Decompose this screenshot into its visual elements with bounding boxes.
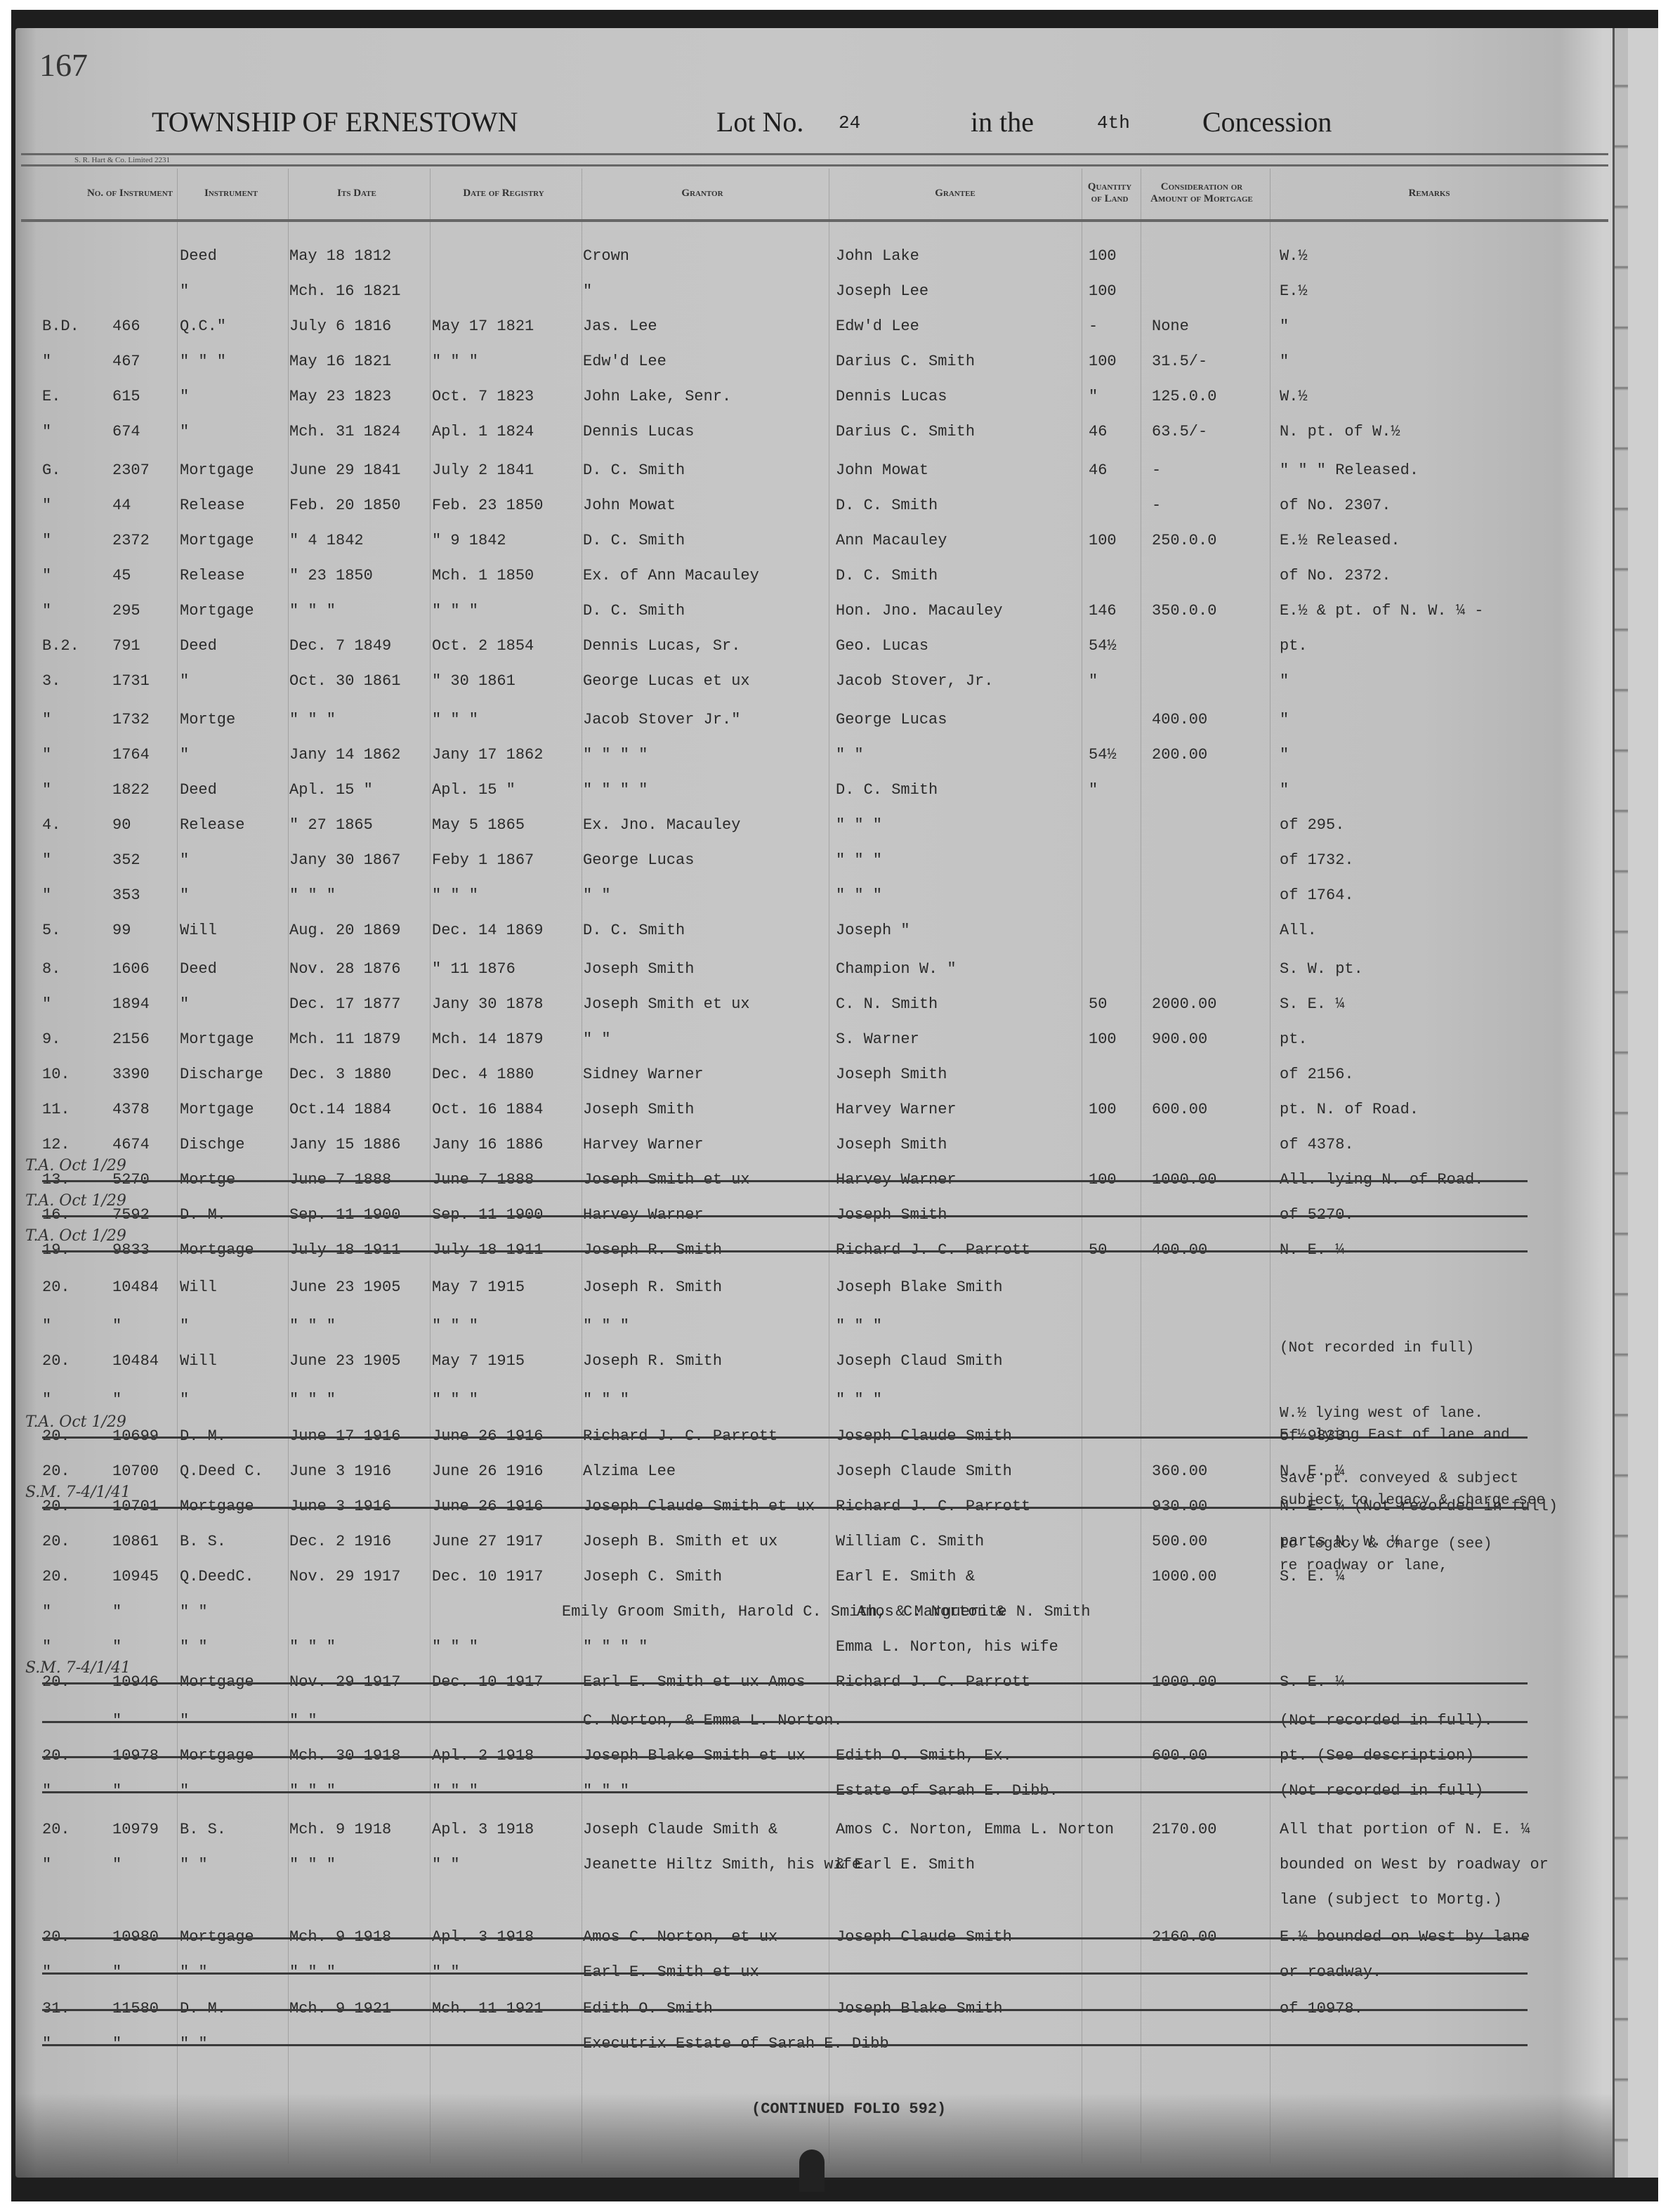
- cell-instrument-number: 1606: [112, 960, 150, 979]
- cell-grantee: Joseph Blake Smith: [836, 2000, 1003, 2018]
- cell-book: ": [42, 602, 51, 620]
- cell-its-date: May 23 1823: [289, 388, 391, 406]
- cell-date-of-registry: " " ": [432, 886, 478, 905]
- cell-date-of-registry: June 26 1916: [432, 1462, 543, 1481]
- cell-grantor: Harvey Warner: [583, 1136, 704, 1154]
- cell-remarks: bounded on West by roadway or: [1280, 1856, 1549, 1874]
- table-row: 20.10978MortgageMch. 30 1918Apl. 2 1918J…: [0, 1747, 1668, 1765]
- cell-remarks: (Not recorded in full): [1280, 1782, 1483, 1800]
- cell-grantee: Harvey Warner: [836, 1171, 957, 1189]
- cell-instrument-type: Mortge: [180, 1171, 235, 1189]
- cell-book: 31.: [42, 2000, 70, 2018]
- cell-instrument-type: Q.DeedC.: [180, 1568, 254, 1586]
- cell-book: 10.: [42, 1066, 70, 1084]
- cell-grantor: Earl E. Smith et ux: [583, 1963, 759, 1982]
- remark-line: subject to legacy & charge see: [1280, 1490, 1545, 1512]
- cell-its-date: Mch. 9 1918: [289, 1928, 391, 1946]
- cell-grantor: Earl E. Smith et ux Amos: [583, 1673, 806, 1691]
- cell-its-date: May 18 1812: [289, 247, 391, 266]
- cell-grantee: John Lake: [836, 247, 919, 266]
- cell-instrument-number: 44: [112, 497, 131, 515]
- cell-instrument-type: ": [180, 282, 189, 301]
- cell-grantor: Amos C. Norton, et ux: [583, 1928, 777, 1946]
- cell-grantee: Geo. Lucas: [836, 637, 928, 655]
- cell-its-date: Nov. 29 1917: [289, 1673, 400, 1691]
- cell-grantor: Joseph B. Smith et ux: [583, 1533, 777, 1551]
- cell-date-of-registry: Dec. 14 1869: [432, 922, 543, 940]
- cell-book: 20.: [42, 1928, 70, 1946]
- cell-consideration: 1000.00: [1152, 1568, 1216, 1586]
- cell-instrument-number: ": [112, 1782, 122, 1800]
- cell-instrument-number: 674: [112, 423, 140, 441]
- cell-date-of-registry: May 5 1865: [432, 816, 525, 835]
- cell-grantee: Edith O. Smith, Ex.: [836, 1747, 1012, 1765]
- cell-instrument-type: D. M.: [180, 2000, 226, 2018]
- cell-grantee: D. C. Smith: [836, 497, 938, 515]
- table-row: """ "" " "" " "" " " "Emma L. Norton, hi…: [0, 1638, 1668, 1656]
- cell-quantity: 46: [1089, 462, 1107, 480]
- cell-date-of-registry: Apl. 2 1918: [432, 1747, 534, 1765]
- cell-instrument-type: Mortgage: [180, 1030, 254, 1049]
- table-row: "44ReleaseFeb. 20 1850Feb. 23 1850John M…: [0, 497, 1668, 515]
- cell-instrument-number: 4674: [112, 1136, 150, 1154]
- cell-book: 8.: [42, 960, 60, 979]
- cell-book: B.D.: [42, 318, 79, 336]
- cell-grantee: Ann Macauley: [836, 532, 947, 550]
- cell-grantee: Joseph Blake Smith: [836, 1278, 1003, 1297]
- cell-its-date: July 18 1911: [289, 1241, 400, 1259]
- cell-grantee: Darius C. Smith: [836, 423, 975, 441]
- table-row: 4.90Release" 27 1865May 5 1865Ex. Jno. M…: [0, 816, 1668, 835]
- cell-grantee: Hon. Jno. Macauley: [836, 602, 1003, 620]
- header-rule-bottom: [21, 164, 1608, 166]
- cell-date-of-registry: Apl. 3 1918: [432, 1821, 534, 1839]
- cell-instrument-type: " ": [180, 1603, 208, 1621]
- concession-value: 4th: [1097, 112, 1130, 133]
- col-header-quantity-of-land: Quantity of Land: [1082, 169, 1138, 218]
- cell-instrument-type: ": [180, 388, 189, 406]
- cell-grantor: Joseph Smith et ux: [583, 995, 750, 1014]
- cell-its-date: June 3 1916: [289, 1462, 391, 1481]
- cell-book: ": [42, 886, 51, 905]
- cell-grantee: & Earl E. Smith: [836, 1856, 975, 1874]
- cell-remarks: ": [1280, 711, 1289, 729]
- cell-grantor: " ": [583, 886, 611, 905]
- cell-book: 20.: [42, 1568, 70, 1586]
- cell-its-date: " " ": [289, 886, 336, 905]
- cell-instrument-type: ": [180, 995, 189, 1014]
- cell-its-date: " " ": [289, 602, 336, 620]
- table-row: """ "Emily Groom Smith, Harold C. Smith,…: [0, 1603, 1668, 1621]
- cell-instrument-type: Deed: [180, 247, 217, 266]
- handwritten-margin-note: T.A. Oct 1/29: [25, 1227, 126, 1245]
- cell-remarks: of No. 2307.: [1280, 497, 1391, 515]
- cell-instrument-number: 466: [112, 318, 140, 336]
- cell-date-of-registry: May 17 1821: [432, 318, 534, 336]
- cell-its-date: June 29 1841: [289, 462, 400, 480]
- cell-quantity: 100: [1089, 1030, 1117, 1049]
- cell-grantor: Joseph C. Smith: [583, 1568, 722, 1586]
- cell-consideration: 200.00: [1152, 746, 1207, 764]
- table-row: "2372Mortgage" 4 1842" 9 1842D. C. Smith…: [0, 532, 1668, 550]
- cell-consideration: 1000.00: [1152, 1673, 1216, 1691]
- cell-quantity: 100: [1089, 1171, 1117, 1189]
- cell-quantity: 100: [1089, 282, 1117, 301]
- cell-grantee: Richard J. C. Parrott: [836, 1673, 1030, 1691]
- cell-instrument-type: B. S.: [180, 1821, 226, 1839]
- cell-consideration: 600.00: [1152, 1101, 1207, 1119]
- cell-its-date: " 23 1850: [289, 567, 373, 585]
- cell-remarks: of 10978.: [1280, 2000, 1363, 2018]
- table-row: "1894"Dec. 17 1877Jany 30 1878Joseph Smi…: [0, 995, 1668, 1014]
- cell-instrument-number: 1731: [112, 672, 150, 691]
- cell-consideration: None: [1152, 318, 1189, 336]
- col-header-its-date: Its Date: [287, 169, 427, 218]
- remark-line: E.½ lying East of lane and: [1280, 1425, 1545, 1446]
- cell-book: ": [42, 1603, 51, 1621]
- cell-instrument-type: Mortgage: [180, 1498, 254, 1516]
- cell-date-of-registry: " " ": [432, 711, 478, 729]
- cell-book: B.2.: [42, 637, 79, 655]
- cell-instrument-type: Mortgage: [180, 1673, 254, 1691]
- cell-instrument-type: Q.C.": [180, 318, 226, 336]
- cell-remarks: ": [1280, 672, 1289, 691]
- cell-its-date: Mch. 16 1821: [289, 282, 400, 301]
- cell-remarks: E.½ & pt. of N. W. ¼ -: [1280, 602, 1483, 620]
- cell-book: ": [42, 423, 51, 441]
- cell-grantee: Edw'd Lee: [836, 318, 919, 336]
- cell-grantee: Amos C. Norton, Emma L. Norton: [836, 1821, 1114, 1839]
- cell-remarks: N. E. ¼: [1280, 1241, 1344, 1259]
- cell-date-of-registry: Dec. 10 1917: [432, 1568, 543, 1586]
- cell-quantity: 100: [1089, 247, 1117, 266]
- cell-date-of-registry: " 30 1861: [432, 672, 515, 691]
- cell-instrument-number: 10484: [112, 1278, 159, 1297]
- cell-book: 20.: [42, 1747, 70, 1765]
- cell-grantor: Executrix Estate of Sarah E. Dibb: [583, 2035, 889, 2053]
- cell-instrument-number: 45: [112, 567, 131, 585]
- cell-grantee: " " ": [836, 1391, 882, 1409]
- cell-book: ": [42, 1391, 51, 1409]
- cell-quantity: 100: [1089, 353, 1117, 371]
- will-remarks-block-2: E.½ lying East of lane and subject to le…: [1280, 1381, 1545, 1599]
- cell-grantor: " " ": [583, 1317, 629, 1335]
- cell-its-date: June 23 1905: [289, 1352, 400, 1370]
- cell-grantor: " ": [583, 1030, 611, 1049]
- cell-instrument-type: " " ": [180, 353, 226, 371]
- cell-its-date: Oct. 30 1861: [289, 672, 400, 691]
- cell-book: ": [42, 2035, 51, 2053]
- cell-remarks: All that portion of N. E. ¼: [1280, 1821, 1530, 1839]
- cell-grantor: " " ": [583, 1782, 629, 1800]
- binding-hole: [799, 2149, 825, 2192]
- cell-instrument-number: ": [112, 1391, 122, 1409]
- table-row: "1822DeedApl. 15 "Apl. 15 "" " " "D. C. …: [0, 781, 1668, 799]
- cell-grantor: Joseph Blake Smith et ux: [583, 1747, 806, 1765]
- col-header-consideration: Consideration or Amount of Mortgage: [1142, 169, 1261, 218]
- cell-instrument-type: Mortgage: [180, 1101, 254, 1119]
- cell-remarks: E.½ Released.: [1280, 532, 1400, 550]
- cell-consideration: 2170.00: [1152, 1821, 1216, 1839]
- cell-consideration: 1000.00: [1152, 1171, 1216, 1189]
- cell-quantity: 100: [1089, 1101, 1117, 1119]
- table-row: """ "" " "" "Jeanette Hiltz Smith, his w…: [0, 1856, 1668, 1874]
- cell-quantity: 50: [1089, 1241, 1107, 1259]
- cell-date-of-registry: " " ": [432, 1782, 478, 1800]
- cell-consideration: 930.00: [1152, 1498, 1207, 1516]
- handwritten-margin-note: S.M. 7-4/1/41: [25, 1659, 131, 1677]
- cell-its-date: Mch. 31 1824: [289, 423, 400, 441]
- cell-book: ": [42, 995, 51, 1014]
- cell-instrument-number: 10980: [112, 1928, 159, 1946]
- cell-its-date: Sep. 11 1900: [289, 1206, 400, 1224]
- cell-instrument-type: D. M.: [180, 1206, 226, 1224]
- cell-instrument-number: ": [112, 1317, 122, 1335]
- cell-consideration: 900.00: [1152, 1030, 1207, 1049]
- cell-date-of-registry: Apl. 3 1918: [432, 1928, 534, 1946]
- cell-book: ": [42, 851, 51, 870]
- cell-book: E.: [42, 388, 60, 406]
- cell-remarks: E.½: [1280, 282, 1308, 301]
- cell-instrument-number: 10861: [112, 1533, 159, 1551]
- cell-instrument-number: 10945: [112, 1568, 159, 1586]
- cell-instrument-number: 10484: [112, 1352, 159, 1370]
- table-row: """ "C. Norton, & Emma L. Norton.(Not re…: [0, 1712, 1668, 1730]
- table-row: 12.4674DischgeJany 15 1886Jany 16 1886Ha…: [0, 1136, 1668, 1154]
- continued-folio-note: (CONTINUED FOLIO 592): [751, 2100, 946, 2118]
- cell-book: ": [42, 353, 51, 371]
- cell-instrument-type: ": [180, 672, 189, 691]
- page-title-row: TOWNSHIP OF ERNESTOWN Lot No. 24 in the …: [0, 105, 1668, 148]
- cell-grantee: Joseph Claud Smith: [836, 1352, 1003, 1370]
- cell-grantee: Richard J. C. Parrott: [836, 1498, 1030, 1516]
- cell-grantor: D. C. Smith: [583, 922, 685, 940]
- table-row: G.2307MortgageJune 29 1841July 2 1841D. …: [0, 462, 1668, 480]
- cell-instrument-number: 1732: [112, 711, 150, 729]
- table-row: 20.10979B. S.Mch. 9 1918Apl. 3 1918Josep…: [0, 1821, 1668, 1839]
- cell-grantor: " " ": [583, 1391, 629, 1409]
- cell-date-of-registry: Jany 17 1862: [432, 746, 543, 764]
- cell-grantee: Joseph Lee: [836, 282, 928, 301]
- cell-grantor: Joseph R. Smith: [583, 1352, 722, 1370]
- table-row: 19.9833MortgageJuly 18 1911July 18 1911J…: [0, 1241, 1668, 1259]
- cell-instrument-type: Deed: [180, 781, 217, 799]
- cell-consideration: 360.00: [1152, 1462, 1207, 1481]
- cell-grantor: Ex. of Ann Macauley: [583, 567, 759, 585]
- cell-grantee: " ": [836, 746, 864, 764]
- cell-grantor: D. C. Smith: [583, 602, 685, 620]
- cell-date-of-registry: June 7 1888: [432, 1171, 534, 1189]
- cell-its-date: " " ": [289, 1856, 336, 1874]
- cell-remarks: N. pt. of W.½: [1280, 423, 1400, 441]
- cell-grantee: " " ": [836, 816, 882, 835]
- cell-remarks: pt.: [1280, 637, 1308, 655]
- cell-instrument-type: Will: [180, 1278, 217, 1297]
- cell-instrument-type: D. M.: [180, 1427, 226, 1446]
- table-row: B.D.466Q.C."July 6 1816May 17 1821Jas. L…: [0, 318, 1668, 336]
- cell-its-date: June 23 1905: [289, 1278, 400, 1297]
- cell-instrument-number: 1894: [112, 995, 150, 1014]
- cell-date-of-registry: July 18 1911: [432, 1241, 543, 1259]
- cell-consideration: 400.00: [1152, 711, 1207, 729]
- cell-instrument-type: Mortgage: [180, 1747, 254, 1765]
- cell-instrument-type: Mortgage: [180, 602, 254, 620]
- cell-instrument-type: ": [180, 746, 189, 764]
- cell-grantor: George Lucas et ux: [583, 672, 750, 691]
- cell-instrument-number: 10978: [112, 1747, 159, 1765]
- cell-instrument-type: Release: [180, 567, 244, 585]
- cell-grantor: D. C. Smith: [583, 462, 685, 480]
- cell-instrument-number: 3390: [112, 1066, 150, 1084]
- header-rule-top: [21, 153, 1608, 155]
- cell-book: ": [42, 711, 51, 729]
- cell-remarks: of 4378.: [1280, 1136, 1354, 1154]
- cell-instrument-number: 295: [112, 602, 140, 620]
- handwritten-margin-note: T.A. Oct 1/29: [25, 1157, 126, 1174]
- cell-grantor: George Lucas: [583, 851, 694, 870]
- cell-instrument-type: ": [180, 423, 189, 441]
- cell-date-of-registry: " 9 1842: [432, 532, 506, 550]
- cell-its-date: Mch. 9 1918: [289, 1821, 391, 1839]
- cell-grantor: C. Norton, & Emma L. Norton.: [583, 1712, 843, 1730]
- table-row: B.2.791DeedDec. 7 1849Oct. 2 1854Dennis …: [0, 637, 1668, 655]
- cell-its-date: " " ": [289, 711, 336, 729]
- cell-instrument-type: Will: [180, 1352, 217, 1370]
- cell-instrument-number: ": [112, 1603, 122, 1621]
- cell-consideration: 125.0.0: [1152, 388, 1216, 406]
- cell-instrument-number: ": [112, 1638, 122, 1656]
- cell-date-of-registry: July 2 1841: [432, 462, 534, 480]
- cell-grantor: Joseph Smith: [583, 1101, 694, 1119]
- cell-its-date: " " ": [289, 1317, 336, 1335]
- cell-instrument-type: ": [180, 851, 189, 870]
- cell-grantee: Joseph Smith: [836, 1206, 947, 1224]
- cell-book: ": [42, 1782, 51, 1800]
- cell-date-of-registry: May 7 1915: [432, 1278, 525, 1297]
- cell-its-date: Feb. 20 1850: [289, 497, 400, 515]
- cell-its-date: Dec. 3 1880: [289, 1066, 391, 1084]
- cell-remarks: S. E. ¼: [1280, 995, 1344, 1014]
- cell-instrument-number: 11580: [112, 2000, 159, 2018]
- cell-grantor: Harvey Warner: [583, 1206, 704, 1224]
- cell-remarks: E.½ bounded on West by lane: [1280, 1928, 1530, 1946]
- cell-remarks: pt. (See description): [1280, 1747, 1474, 1765]
- table-row: "Mch. 16 1821"Joseph Lee100E.½: [0, 282, 1668, 301]
- cell-date-of-registry: Mch. 11 1921: [432, 2000, 543, 2018]
- cell-date-of-registry: Mch. 1 1850: [432, 567, 534, 585]
- lot-value: 24: [839, 112, 860, 133]
- cell-its-date: " ": [289, 1712, 317, 1730]
- folio-number: 167: [39, 46, 88, 84]
- cell-instrument-type: Mortgage: [180, 532, 254, 550]
- cell-instrument-number: 353: [112, 886, 140, 905]
- cell-book: 12.: [42, 1136, 70, 1154]
- cell-consideration: 63.5/-: [1152, 423, 1207, 441]
- cell-book: 20.: [42, 1821, 70, 1839]
- table-row: 13.5270MortgeJune 7 1888June 7 1888Josep…: [0, 1171, 1668, 1189]
- handwritten-margin-note: T.A. Oct 1/29: [25, 1192, 126, 1210]
- cell-its-date: Dec. 2 1916: [289, 1533, 391, 1551]
- cell-remarks: S. E. ¼: [1280, 1673, 1344, 1691]
- cell-quantity: -: [1089, 318, 1098, 336]
- cell-remarks: of 295.: [1280, 816, 1344, 835]
- cell-grantee: Earl E. Smith &: [836, 1568, 975, 1586]
- cell-remarks: S. W. pt.: [1280, 960, 1363, 979]
- cell-date-of-registry: " " ": [432, 602, 478, 620]
- cell-consideration: 250.0.0: [1152, 532, 1216, 550]
- cell-grantor: Edith O. Smith: [583, 2000, 713, 2018]
- cell-remarks: of 5270.: [1280, 1206, 1354, 1224]
- cell-remarks: " " " Released.: [1280, 462, 1419, 480]
- table-row: "1732Mortge" " "" " "Jacob Stover Jr."Ge…: [0, 711, 1668, 729]
- cell-grantee: Joseph Claude Smith: [836, 1928, 1012, 1946]
- cell-instrument-number: ": [112, 2035, 122, 2053]
- table-row: "353"" " "" " "" "" " "of 1764.: [0, 886, 1668, 905]
- cell-its-date: Dec. 17 1877: [289, 995, 400, 1014]
- cell-remarks: pt.: [1280, 1030, 1308, 1049]
- lot-label: Lot No.: [716, 105, 803, 138]
- cell-consideration: 2160.00: [1152, 1928, 1216, 1946]
- table-row: 20.10946MortgageNov. 29 1917Dec. 10 1917…: [0, 1673, 1668, 1691]
- cell-remarks: W.½: [1280, 388, 1308, 406]
- cell-consideration: 31.5/-: [1152, 353, 1207, 371]
- cell-grantor: Emily Groom Smith, Harold C. Smith, & Ma…: [562, 1603, 1091, 1621]
- cell-grantor: Edw'd Lee: [583, 353, 666, 371]
- cell-grantee: D. C. Smith: [836, 781, 938, 799]
- cell-its-date: Aug. 20 1869: [289, 922, 400, 940]
- printer-imprint: S. R. Hart & Co. Limited 2231: [74, 156, 170, 164]
- cell-quantity: 54½: [1089, 746, 1117, 764]
- table-row: 20.10980MortgageMch. 9 1918Apl. 3 1918Am…: [0, 1928, 1668, 1946]
- cell-book: 4.: [42, 816, 60, 835]
- cell-date-of-registry: June 27 1917: [432, 1533, 543, 1551]
- cell-date-of-registry: " " ": [432, 1317, 478, 1335]
- cell-remarks: All. lying N. of Road.: [1280, 1171, 1483, 1189]
- cell-its-date: " 4 1842: [289, 532, 364, 550]
- cell-remarks: (Not recorded in full).: [1280, 1712, 1493, 1730]
- cell-grantee: " " ": [836, 851, 882, 870]
- cell-instrument-number: 1764: [112, 746, 150, 764]
- cell-remarks: or roadway.: [1280, 1963, 1381, 1982]
- cell-date-of-registry: May 7 1915: [432, 1352, 525, 1370]
- cell-book: 20.: [42, 1533, 70, 1551]
- cell-remarks: of 1732.: [1280, 851, 1354, 870]
- cell-its-date: July 6 1816: [289, 318, 391, 336]
- cell-remarks: of No. 2372.: [1280, 567, 1391, 585]
- cell-grantor: John Lake, Senr.: [583, 388, 731, 406]
- cell-instrument-type: Mortgage: [180, 462, 254, 480]
- cell-grantor: Joseph Smith et ux: [583, 1171, 750, 1189]
- cell-grantee: William C. Smith: [836, 1533, 984, 1551]
- cell-its-date: " 27 1865: [289, 816, 373, 835]
- cell-grantor: Jas. Lee: [583, 318, 657, 336]
- cell-its-date: Apl. 15 ": [289, 781, 373, 799]
- cell-its-date: June 17 1916: [289, 1427, 400, 1446]
- cell-grantor: Joseph R. Smith: [583, 1241, 722, 1259]
- cell-instrument-type: " ": [180, 1856, 208, 1874]
- cell-instrument-type: Mortge: [180, 711, 235, 729]
- cell-grantee: Joseph Claude Smith: [836, 1427, 1012, 1446]
- cell-date-of-registry: Mch. 14 1879: [432, 1030, 543, 1049]
- handwritten-margin-note: T.A. Oct 1/29: [25, 1413, 126, 1431]
- cell-book: 3.: [42, 672, 60, 691]
- cell-instrument-type: Deed: [180, 637, 217, 655]
- cell-instrument-number: 467: [112, 353, 140, 371]
- cell-its-date: Oct.14 1884: [289, 1101, 391, 1119]
- cell-grantee: Joseph ": [836, 922, 910, 940]
- cell-book: G.: [42, 462, 60, 480]
- cell-grantee: S. Warner: [836, 1030, 919, 1049]
